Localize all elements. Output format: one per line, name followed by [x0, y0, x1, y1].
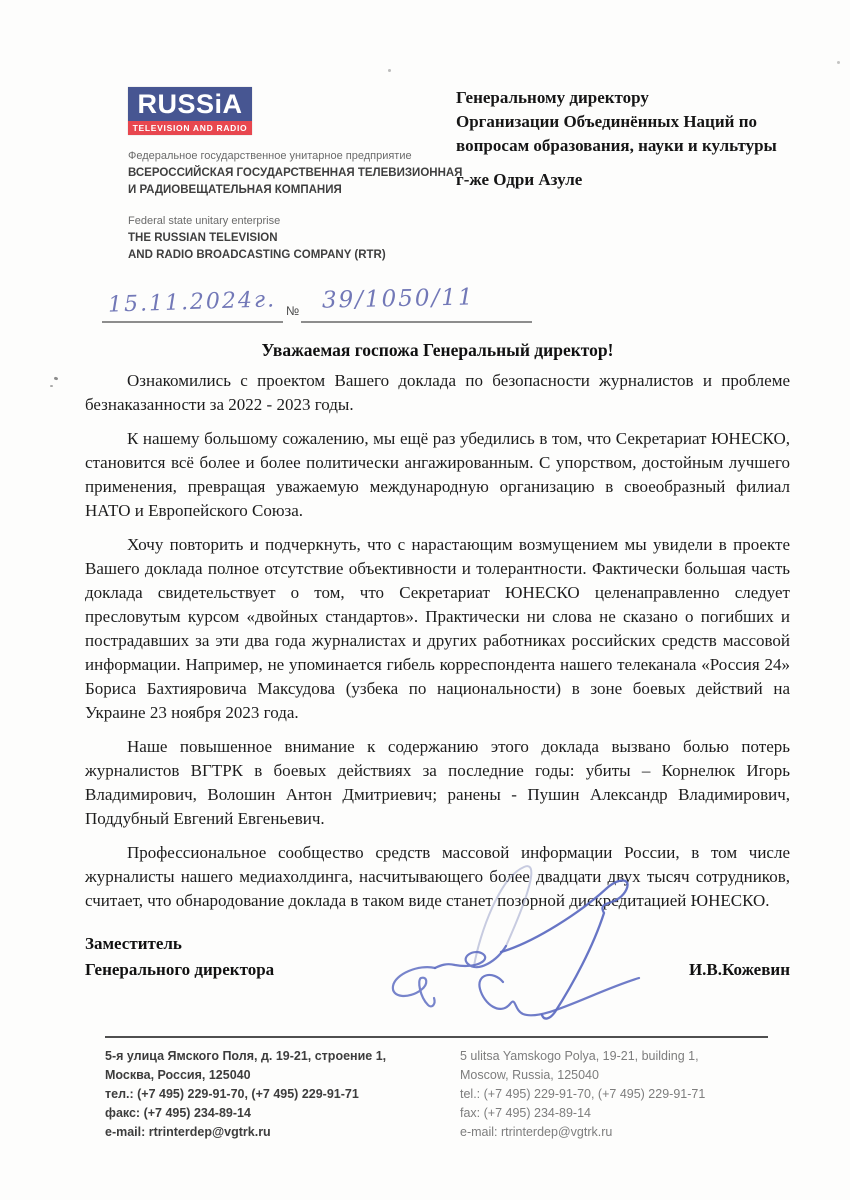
- scan-artifact: [388, 69, 391, 72]
- rtr-logo-brand: RUSSiA: [128, 87, 252, 121]
- email-ru: e-mail: rtrinterdep@vgtrk.ru: [105, 1123, 386, 1142]
- signer-title-line2: Генерального директора: [85, 957, 274, 983]
- paragraph-3: Хочу повторить и подчеркнуть, что с нара…: [85, 533, 790, 725]
- signer-name: И.В.Кожевин: [689, 957, 790, 983]
- address-en-line2: Moscow, Russia, 125040: [460, 1066, 705, 1085]
- recipient-person: г-же Одри Азуле: [456, 168, 806, 192]
- org-name-en-line1: THE RUSSIAN TELEVISION: [128, 230, 386, 247]
- paragraph-1: Ознакомились с проектом Вашего доклада п…: [85, 369, 790, 417]
- paragraph-4: Наше повышенное внимание к содержанию эт…: [85, 735, 790, 831]
- scanned-letter-page: RUSSiA TELEVISION AND RADIO Федеральное …: [0, 0, 850, 1200]
- recipient-block: Генеральному директору Организации Объед…: [456, 86, 806, 192]
- scan-artifact: [837, 61, 840, 64]
- handwritten-signature: [383, 852, 648, 1030]
- email-en: e-mail: rtrinterdep@vgtrk.ru: [460, 1123, 705, 1142]
- org-name-ru-line2: И РАДИОВЕЩАТЕЛЬНАЯ КОМПАНИЯ: [128, 182, 462, 199]
- org-name-ru-line1: ВСЕРОССИЙСКАЯ ГОСУДАРСТВЕННАЯ ТЕЛЕВИЗИОН…: [128, 165, 462, 182]
- address-en-line1: 5 ulitsa Yamskogo Polya, 19-21, building…: [460, 1047, 705, 1066]
- fax-ru: факс: (+7 495) 234-89-14: [105, 1104, 386, 1123]
- recipient-title: Генеральному директору: [456, 86, 806, 110]
- footer-divider: [105, 1036, 768, 1038]
- handwritten-ref-number: 39/1050/11: [322, 284, 475, 313]
- phone-en: tel.: (+7 495) 229-91-70, (+7 495) 229-9…: [460, 1085, 705, 1104]
- number-sign: №: [286, 304, 299, 318]
- footer-contact-russian: 5-я улица Ямского Поля, д. 19-21, строен…: [105, 1047, 386, 1142]
- salutation: Уважаемая госпожа Генеральный директор!: [85, 340, 790, 361]
- scan-artifact: [50, 385, 53, 387]
- rtr-logo: RUSSiA TELEVISION AND RADIO: [128, 87, 252, 135]
- phone-ru: тел.: (+7 495) 229-91-70, (+7 495) 229-9…: [105, 1085, 386, 1104]
- fax-en: fax: (+7 495) 234-89-14: [460, 1104, 705, 1123]
- address-ru-line2: Москва, Россия, 125040: [105, 1066, 386, 1085]
- address-ru-line1: 5-я улица Ямского Поля, д. 19-21, строен…: [105, 1047, 386, 1066]
- scan-artifact: [54, 376, 59, 380]
- footer-contact-english: 5 ulitsa Yamskogo Polya, 19-21, building…: [460, 1047, 705, 1142]
- rtr-logo-tagline: TELEVISION AND RADIO: [128, 121, 252, 135]
- org-type-en: Federal state unitary enterprise: [128, 213, 386, 230]
- recipient-organization: Организации Объединённых Наций по вопрос…: [456, 110, 806, 158]
- signer-title: Заместитель Генерального директора: [85, 931, 274, 983]
- number-underline: [301, 321, 532, 323]
- org-type-ru: Федеральное государственное унитарное пр…: [128, 148, 462, 165]
- org-name-russian: Федеральное государственное унитарное пр…: [128, 148, 462, 198]
- signer-title-line1: Заместитель: [85, 931, 274, 957]
- handwritten-date: 15.11.2024г.: [108, 287, 277, 317]
- date-underline: [102, 321, 283, 323]
- org-name-en-line2: AND RADIO BROADCASTING COMPANY (RTR): [128, 247, 386, 264]
- paragraph-2: К нашему большому сожалению, мы ещё раз …: [85, 427, 790, 523]
- org-name-english: Federal state unitary enterprise THE RUS…: [128, 213, 386, 263]
